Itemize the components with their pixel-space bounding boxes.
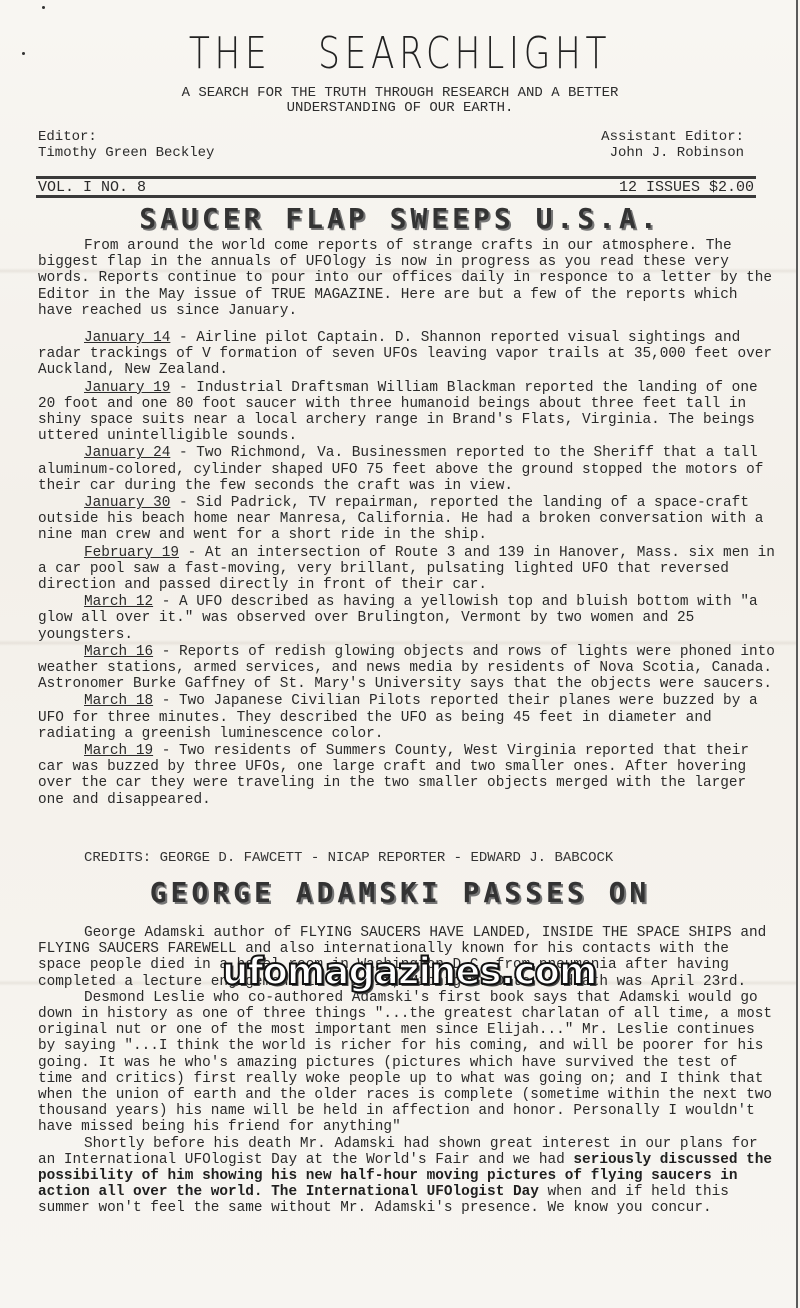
tagline-line-1: A SEARCH FOR THE TRUTH THROUGH RESEARCH … bbox=[0, 86, 800, 101]
masthead-tagline: A SEARCH FOR THE TRUTH THROUGH RESEARCH … bbox=[0, 86, 800, 116]
intro-paragraph: From around the world come reports of st… bbox=[38, 238, 778, 319]
article-paragraph: Desmond Leslie who co-authored Adamski's… bbox=[38, 990, 778, 1136]
subscription-price: 12 ISSUES $2.00 bbox=[619, 179, 754, 196]
report-date: January 24 bbox=[84, 445, 170, 461]
sighting-report-list: January 14 - Airline pilot Captain. D. S… bbox=[38, 330, 778, 809]
article-intro: From around the world come reports of st… bbox=[38, 238, 778, 319]
volume-number: VOL. I NO. 8 bbox=[38, 179, 146, 196]
sighting-report: March 16 - Reports of redish glowing obj… bbox=[38, 644, 778, 693]
article-headline: GEORGE ADAMSKI PASSES ON bbox=[0, 876, 800, 909]
report-date: February 19 bbox=[84, 545, 179, 561]
assistant-editor-name: John J. Robinson bbox=[601, 145, 744, 161]
article-paragraph: Shortly before his death Mr. Adamski had… bbox=[38, 1136, 778, 1217]
issue-bar: VOL. I NO. 8 12 ISSUES $2.00 bbox=[38, 179, 754, 196]
report-date: March 18 bbox=[84, 693, 153, 709]
sighting-report: March 18 - Two Japanese Civilian Pilots … bbox=[38, 693, 778, 742]
header-rule-bottom bbox=[36, 195, 756, 198]
article-headline: SAUCER FLAP SWEEPS U.S.A. bbox=[0, 202, 800, 235]
assistant-editor-label: Assistant Editor: bbox=[601, 129, 744, 145]
sighting-report: January 30 - Sid Padrick, TV repairman, … bbox=[38, 495, 778, 544]
sighting-report: March 12 - A UFO described as having a y… bbox=[38, 594, 778, 643]
report-date: March 19 bbox=[84, 743, 153, 759]
report-date: January 14 bbox=[84, 330, 170, 346]
sighting-report: January 14 - Airline pilot Captain. D. S… bbox=[38, 330, 778, 379]
editor-label: Editor: bbox=[38, 129, 214, 145]
watermark-logo: ufomagazines.com bbox=[222, 950, 596, 993]
sighting-report: January 19 - Industrial Draftsman Willia… bbox=[38, 380, 778, 445]
newsletter-page: THE SEARCHLIGHT A SEARCH FOR THE TRUTH T… bbox=[0, 0, 798, 1308]
sighting-report: February 19 - At an intersection of Rout… bbox=[38, 545, 778, 594]
assistant-editor-credit: Assistant Editor: John J. Robinson bbox=[601, 129, 744, 161]
sighting-report: January 24 - Two Richmond, Va. Businessm… bbox=[38, 445, 778, 494]
tagline-line-2: UNDERSTANDING OF OUR EARTH. bbox=[0, 101, 800, 116]
editor-name: Timothy Green Beckley bbox=[38, 145, 214, 161]
sighting-report: March 19 - Two residents of Summers Coun… bbox=[38, 743, 778, 808]
masthead-title: THE SEARCHLIGHT bbox=[88, 28, 712, 79]
editor-credit: Editor: Timothy Green Beckley bbox=[38, 129, 214, 161]
report-date: January 19 bbox=[84, 380, 170, 396]
report-date: March 16 bbox=[84, 644, 153, 660]
report-date: March 12 bbox=[84, 594, 153, 610]
article-credits: CREDITS: GEORGE D. FAWCETT - NICAP REPOR… bbox=[84, 850, 613, 866]
ink-speck bbox=[22, 52, 25, 55]
report-date: January 30 bbox=[84, 495, 170, 511]
ink-speck bbox=[42, 6, 45, 9]
